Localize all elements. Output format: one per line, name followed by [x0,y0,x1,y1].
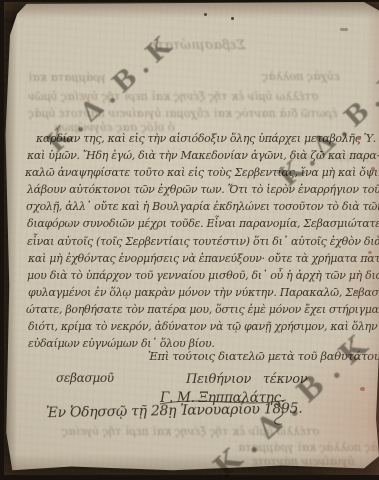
handwritten-line: φυλαγμένοι ἐν ὅλῳ μακρὰν μόνον τὴν νύκτη… [28,286,379,299]
bleedthrough-line: στέλλω ὑμῖν ἐκ τῆς ξένης καὶ περὶ τῆς ὑγ… [28,90,318,103]
handwritten-line: λάβουν αὐτόκτονοι τῶν ἐχθρῶν των. Ὅτι τὸ… [27,183,379,196]
red-speck [357,137,361,140]
handwritten-line: ώτατε, βοηθήσατε τὸν πατέρα μου, ὅστις ἐ… [26,303,379,316]
bleedthrough-line: γράμματα καὶ [28,71,106,84]
scanned-letter-page: Σεβασμιώτατε γράμματα καὶ εὐχὰς πολλὰς σ… [0,0,379,480]
closing-word: σεβασμοῦ [56,371,114,385]
bleedthrough-line: εὐχὰς πολλὰς [262,70,340,83]
handwritten-line: σχολῇ, ἀλλ᾽ οὔτε καὶ ἡ Βουλγαρία ἐκδηλών… [26,200,379,213]
handwritten-line: εἶναι αὐτοῖς (τοῖς Σερβεντίαις τουτέστιν… [27,235,379,248]
ink-dot [231,17,234,20]
handwritten-line: διότι, κρίμα τὸ νεκρόν, ἀδύνατον νὰ τῷ φ… [28,320,377,333]
red-speck [360,387,365,391]
handwritten-line: διαφόρων συνοδιῶν μέχρι τοῦδε. Εἶναι παρ… [27,217,379,230]
red-speck [371,167,375,171]
ink-mark [340,28,348,31]
handwritten-line: μου διὰ τὸ ὑπάρχον τοῦ γενναίου μισθοῦ, … [27,269,379,282]
bleedthrough-line: ὑγιαίνειν πάντοτε [252,455,354,468]
red-speck [368,251,372,254]
handwritten-line: καλῶ ἀναψηφίσατε τοῦτο καὶ εἰς τοὺς Σερβ… [25,166,379,179]
red-speck [355,291,359,294]
handwritten-line: καὶ μὴ ἐχθόντας ἐνορμήσεις νὰ ἐπανεύξουν… [28,252,379,265]
ink-dot [204,13,207,16]
red-speck [350,340,353,343]
